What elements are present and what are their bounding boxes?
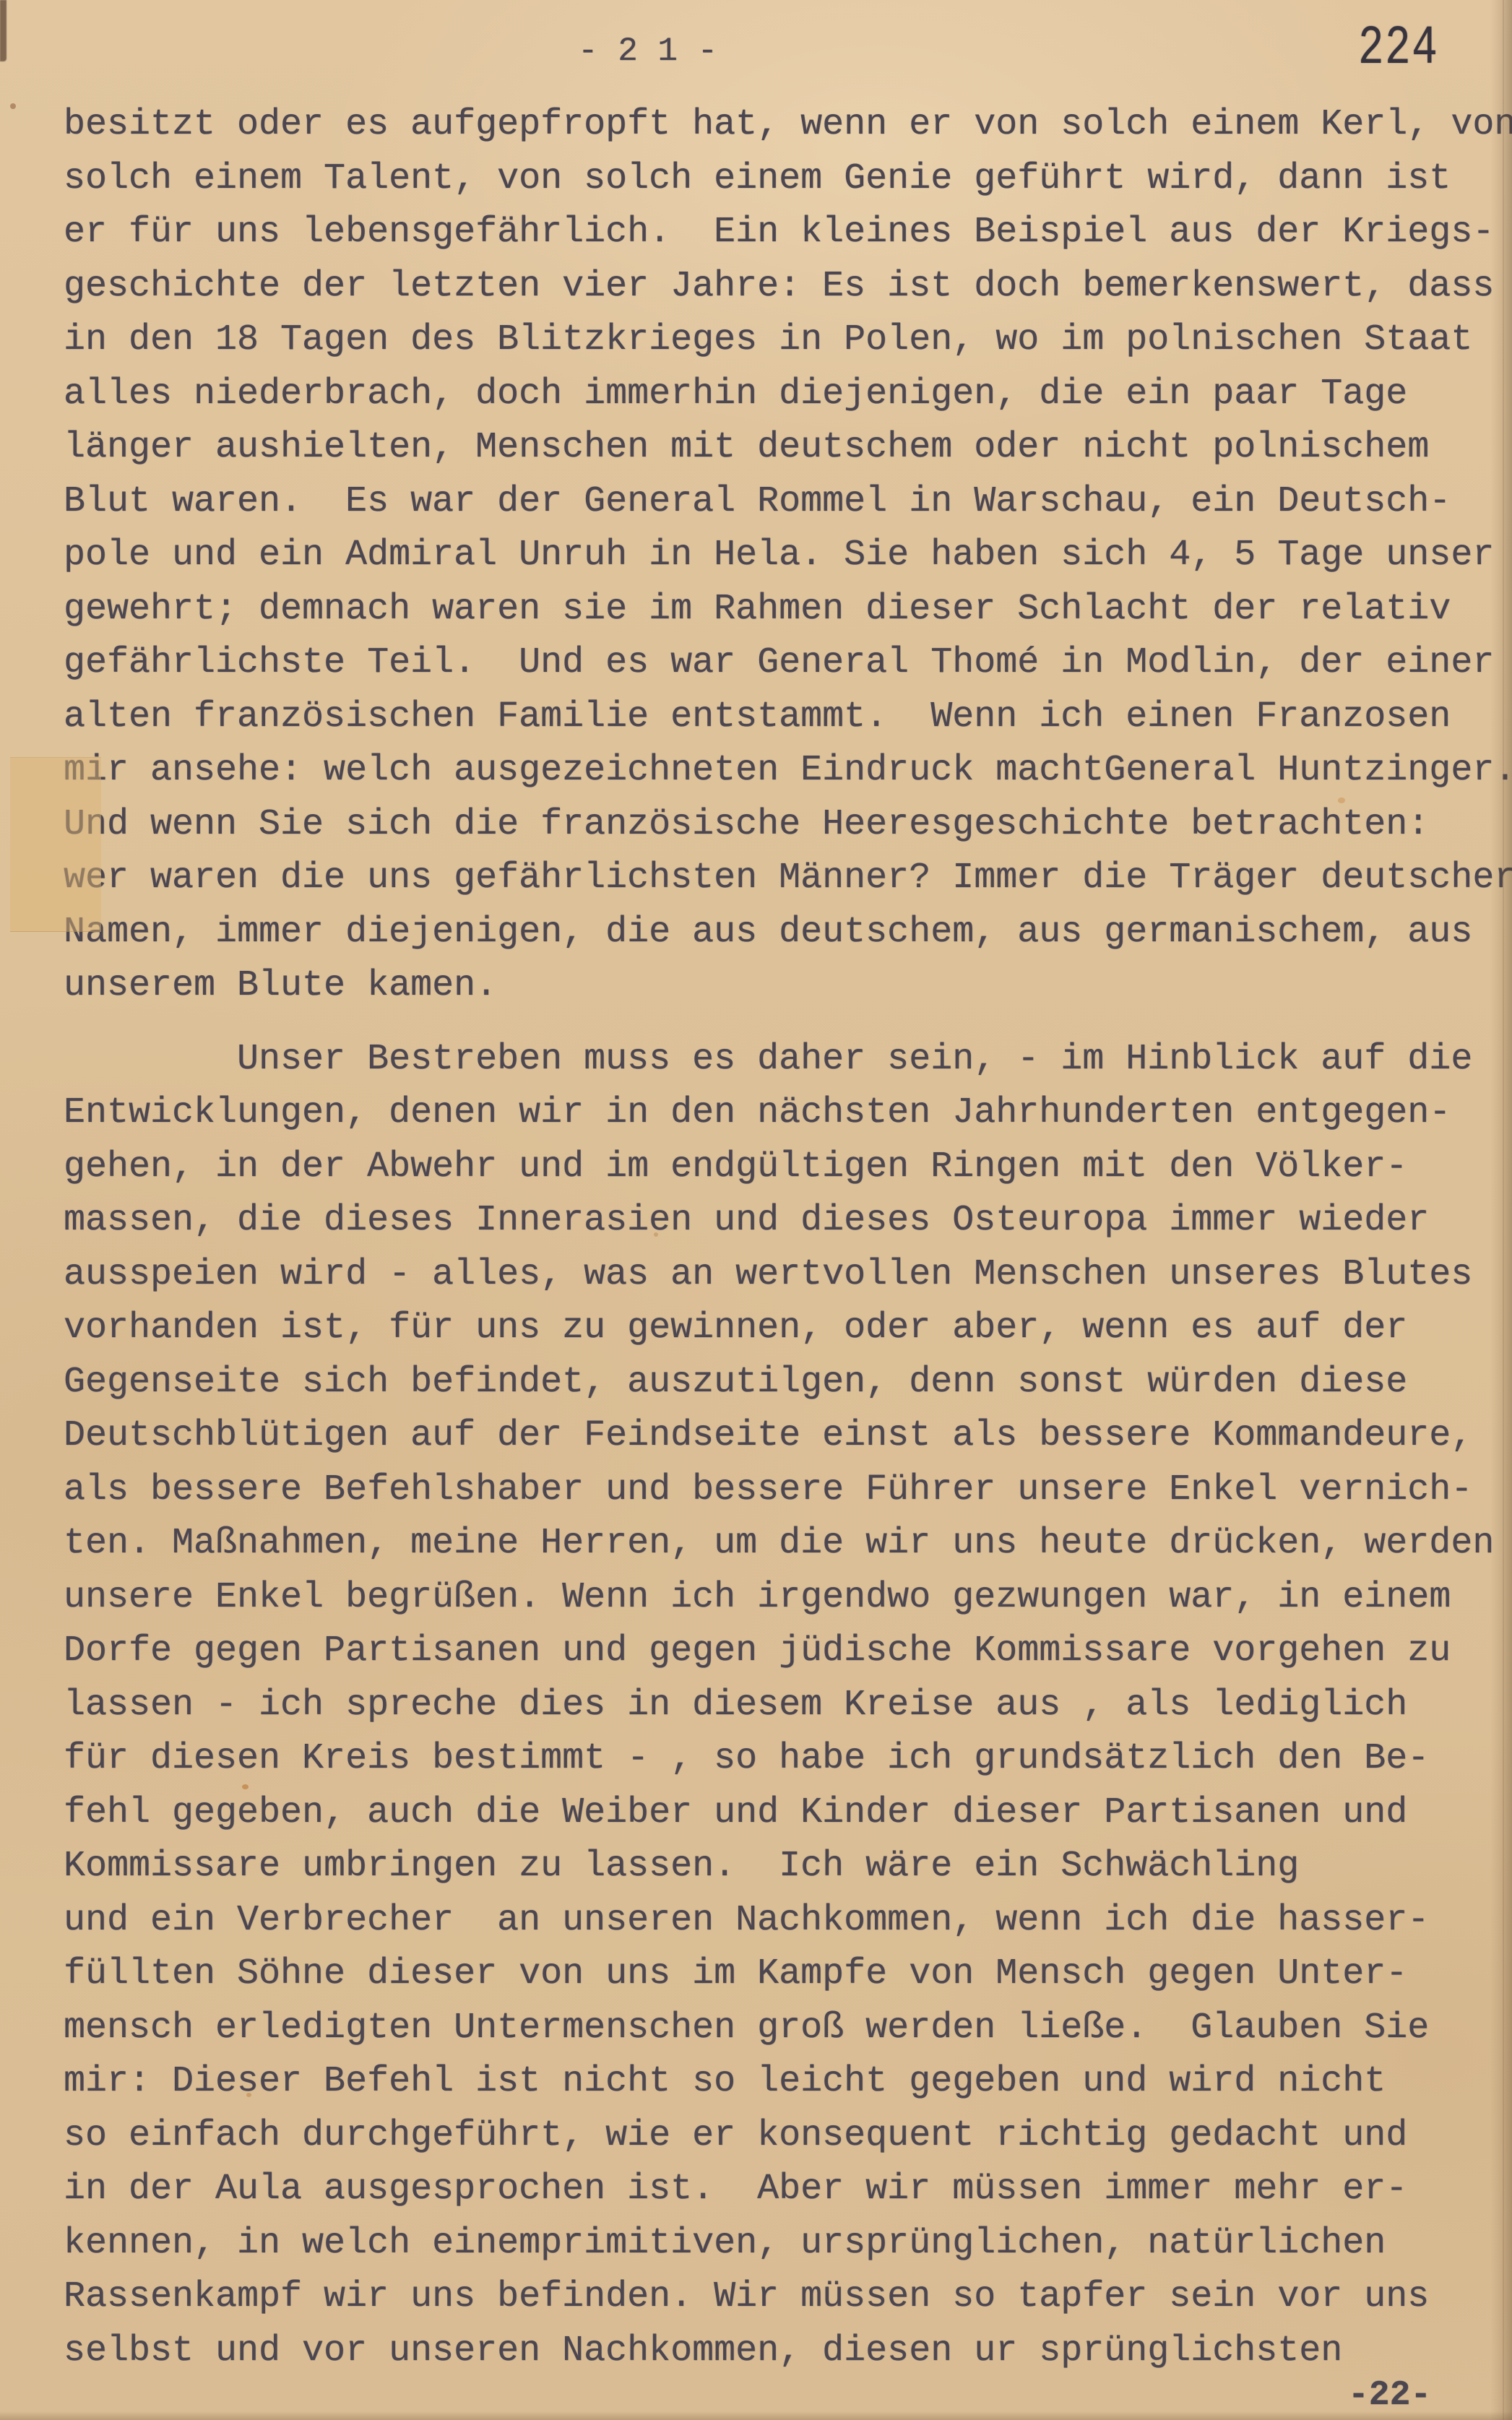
- document-body: besitzt oder es aufgepfropft hat, wenn e…: [64, 98, 1512, 2378]
- text-line: ausspeien wird - alles, was an wertvolle…: [64, 1248, 1512, 1302]
- tape-residue-patch: [10, 757, 101, 932]
- text-line: mir ansehe: welch ausgezeichneten Eindru…: [64, 744, 1512, 798]
- header-page-number: - 2 1 -: [578, 32, 717, 72]
- text-line: gewehrt; demnach waren sie im Rahmen die…: [64, 583, 1512, 637]
- text-line: alten französischen Familie entstammt. W…: [64, 691, 1512, 745]
- text-line: besitzt oder es aufgepfropft hat, wenn e…: [64, 98, 1512, 152]
- text-line: pole und ein Admiral Unruh in Hela. Sie …: [64, 529, 1512, 583]
- text-line: gefährlichste Teil. Und es war General T…: [64, 636, 1512, 691]
- paper-right-edge-shadow: [1490, 0, 1512, 2420]
- text-line: gehen, in der Abwehr und im endgültigen …: [64, 1141, 1512, 1195]
- text-line: unserem Blute kamen.: [64, 959, 1512, 1014]
- text-line: wer waren die uns gefährlichsten Männer?…: [64, 852, 1512, 906]
- text-line: vorhanden ist, für uns zu gewinnen, oder…: [64, 1302, 1512, 1356]
- text-line: in den 18 Tagen des Blitzkrieges in Pole…: [64, 314, 1512, 368]
- text-line: mir: Dieser Befehl ist nicht so leicht g…: [64, 2055, 1512, 2109]
- text-line: länger aushielten, Menschen mit deutsche…: [64, 421, 1512, 475]
- text-line: Rassenkampf wir uns befinden. Wir müssen…: [64, 2270, 1512, 2325]
- edge-ink-mark: [0, 0, 7, 61]
- text-line: fehl gegeben, auch die Weiber und Kinder…: [64, 1786, 1512, 1841]
- paper-stain: [10, 103, 16, 109]
- paper-stain: [246, 2093, 251, 2097]
- text-line: als bessere Befehlshaber und bessere Füh…: [64, 1464, 1512, 1518]
- document-page: - 2 1 - 224 besitzt oder es aufgepfropft…: [0, 0, 1512, 2420]
- text-line: mensch erledigten Untermenschen groß wer…: [64, 2002, 1512, 2056]
- text-line: massen, die dieses Innerasien und dieses…: [64, 1194, 1512, 1248]
- footer-page-number: -22-: [1348, 2375, 1431, 2417]
- paper-bottom-edge-shadow: [0, 2411, 1512, 2420]
- text-line: solch einem Talent, von solch einem Geni…: [64, 152, 1512, 207]
- text-line: Dorfe gegen Partisanen und gegen jüdisch…: [64, 1625, 1512, 1679]
- text-line: kennen, in welch einemprimitiven, ursprü…: [64, 2217, 1512, 2271]
- paper-stain: [242, 1784, 249, 1789]
- text-line: für diesen Kreis bestimmt - , so habe ic…: [64, 1732, 1512, 1786]
- paper-stain: [1338, 798, 1345, 803]
- text-line: Unser Bestreben muss es daher sein, - im…: [64, 1033, 1512, 1087]
- text-line: er für uns lebensgefährlich. Ein kleines…: [64, 206, 1512, 260]
- text-line: Deutschblütigen auf der Feindseite einst…: [64, 1409, 1512, 1464]
- text-line: ten. Maßnahmen, meine Herren, um die wir…: [64, 1517, 1512, 1571]
- text-line: Und wenn Sie sich die französische Heere…: [64, 798, 1512, 852]
- text-line: Blut waren. Es war der General Rommel in…: [64, 475, 1512, 530]
- text-line: so einfach durchgeführt, wie er konseque…: [64, 2109, 1512, 2164]
- text-line: unsere Enkel begrüßen. Wenn ich irgendwo…: [64, 1571, 1512, 1625]
- text-line: geschichte der letzten vier Jahre: Es is…: [64, 260, 1512, 314]
- paper-stain: [654, 1232, 658, 1237]
- text-line: Kommissare umbringen zu lassen. Ich wäre…: [64, 1840, 1512, 1894]
- archive-stamp-number: 224: [1358, 19, 1438, 79]
- text-line: selbst und vor unseren Nachkommen, diese…: [64, 2325, 1512, 2379]
- text-line: alles niederbrach, doch immerhin diejeni…: [64, 368, 1512, 422]
- text-line: Namen, immer diejenigen, die aus deutsch…: [64, 906, 1512, 960]
- text-line: lassen - ich spreche dies in diesem Krei…: [64, 1679, 1512, 1733]
- text-line: und ein Verbrecher an unseren Nachkommen…: [64, 1894, 1512, 1948]
- text-line: füllten Söhne dieser von uns im Kampfe v…: [64, 1948, 1512, 2002]
- text-line: Entwicklungen, denen wir in den nächsten…: [64, 1086, 1512, 1141]
- text-line: in der Aula ausgesprochen ist. Aber wir …: [64, 2163, 1512, 2217]
- text-line: Gegenseite sich befindet, auszutilgen, d…: [64, 1356, 1512, 1410]
